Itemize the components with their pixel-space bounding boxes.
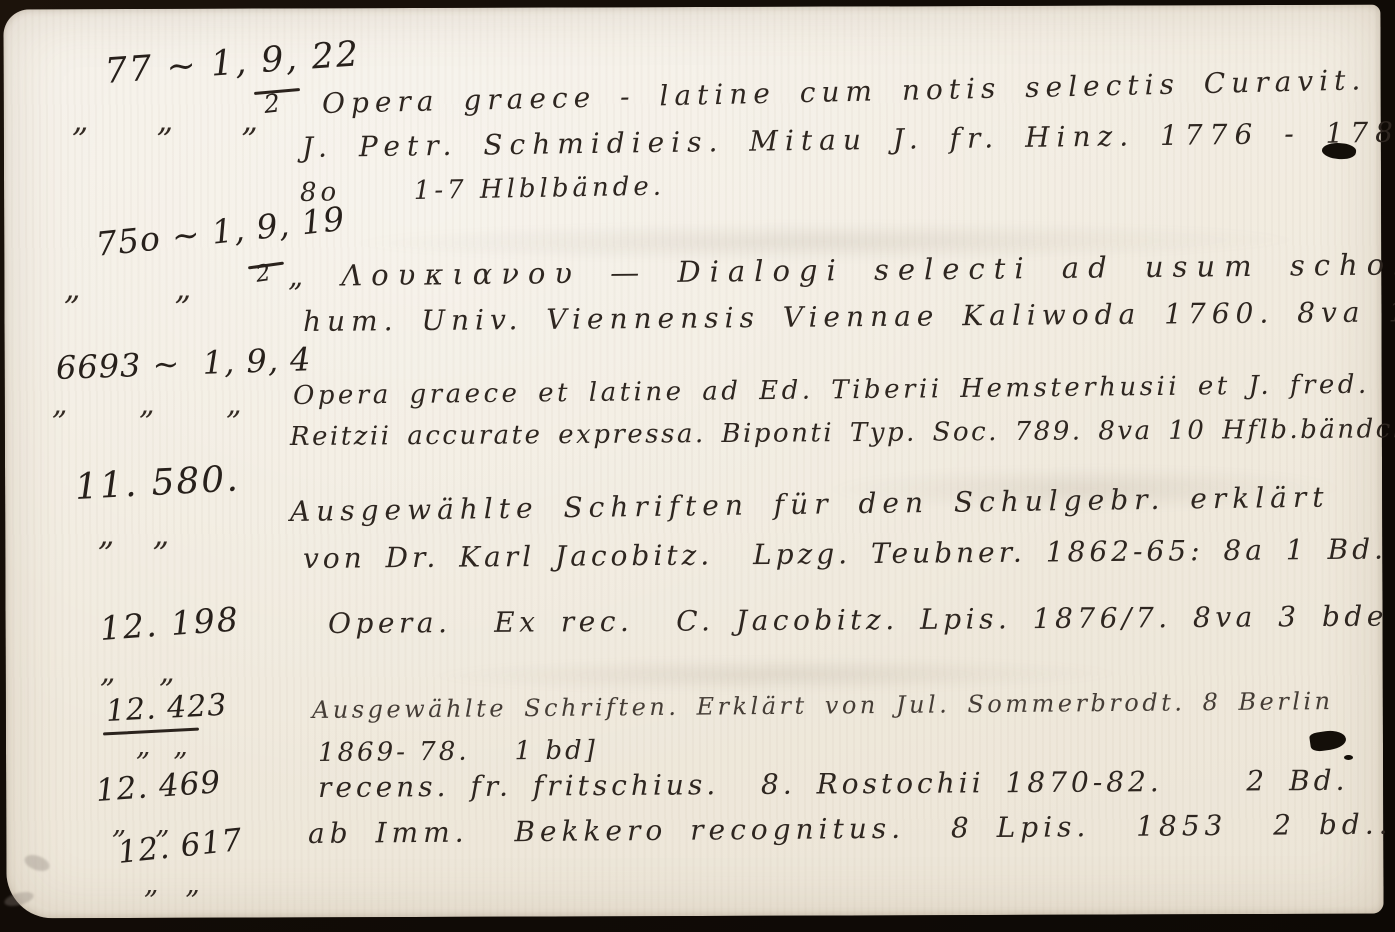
ditto-marks: „ „ bbox=[98, 518, 169, 550]
entry-line: Opera. Ex rec. C. Jacobitz. Lpis. 1876/7… bbox=[328, 603, 1388, 638]
ditto-marks: „ „ „ bbox=[52, 390, 242, 420]
entry-shelfmark: 11. 580. bbox=[74, 461, 241, 506]
entry-shelfmark: 12. 198 bbox=[99, 602, 241, 645]
entry-line: 1869- 78. 1 bd] bbox=[318, 738, 598, 766]
entry-line: Reitzii accurate expressa. Biponti Typ. … bbox=[290, 416, 1395, 450]
entry-shelfmark-denominator: 2 bbox=[254, 262, 272, 287]
entry-shelfmark: 12. 469 bbox=[95, 767, 222, 807]
entry-shelfmark: 6693 ~ 1, 9, 4 bbox=[55, 343, 311, 384]
ditto-marks: „ „ bbox=[64, 272, 191, 304]
ink-showthrough bbox=[426, 655, 1126, 693]
ink-speck bbox=[1344, 755, 1353, 760]
ditto-marks: „ „ bbox=[100, 658, 175, 688]
entry-shelfmark: 12. 423 bbox=[105, 691, 228, 727]
ditto-marks: „ „ bbox=[136, 732, 188, 760]
ditto-marks: „ „ „ bbox=[72, 104, 258, 136]
ditto-marks: „ „ bbox=[144, 870, 200, 898]
entry-line: 8o 1-7 Hlblbände. bbox=[300, 174, 665, 206]
entry-shelfmark-denominator: 2 bbox=[263, 90, 281, 117]
entry-line: recens. fr. fritschius. 8. Rostochii 187… bbox=[318, 767, 1349, 802]
